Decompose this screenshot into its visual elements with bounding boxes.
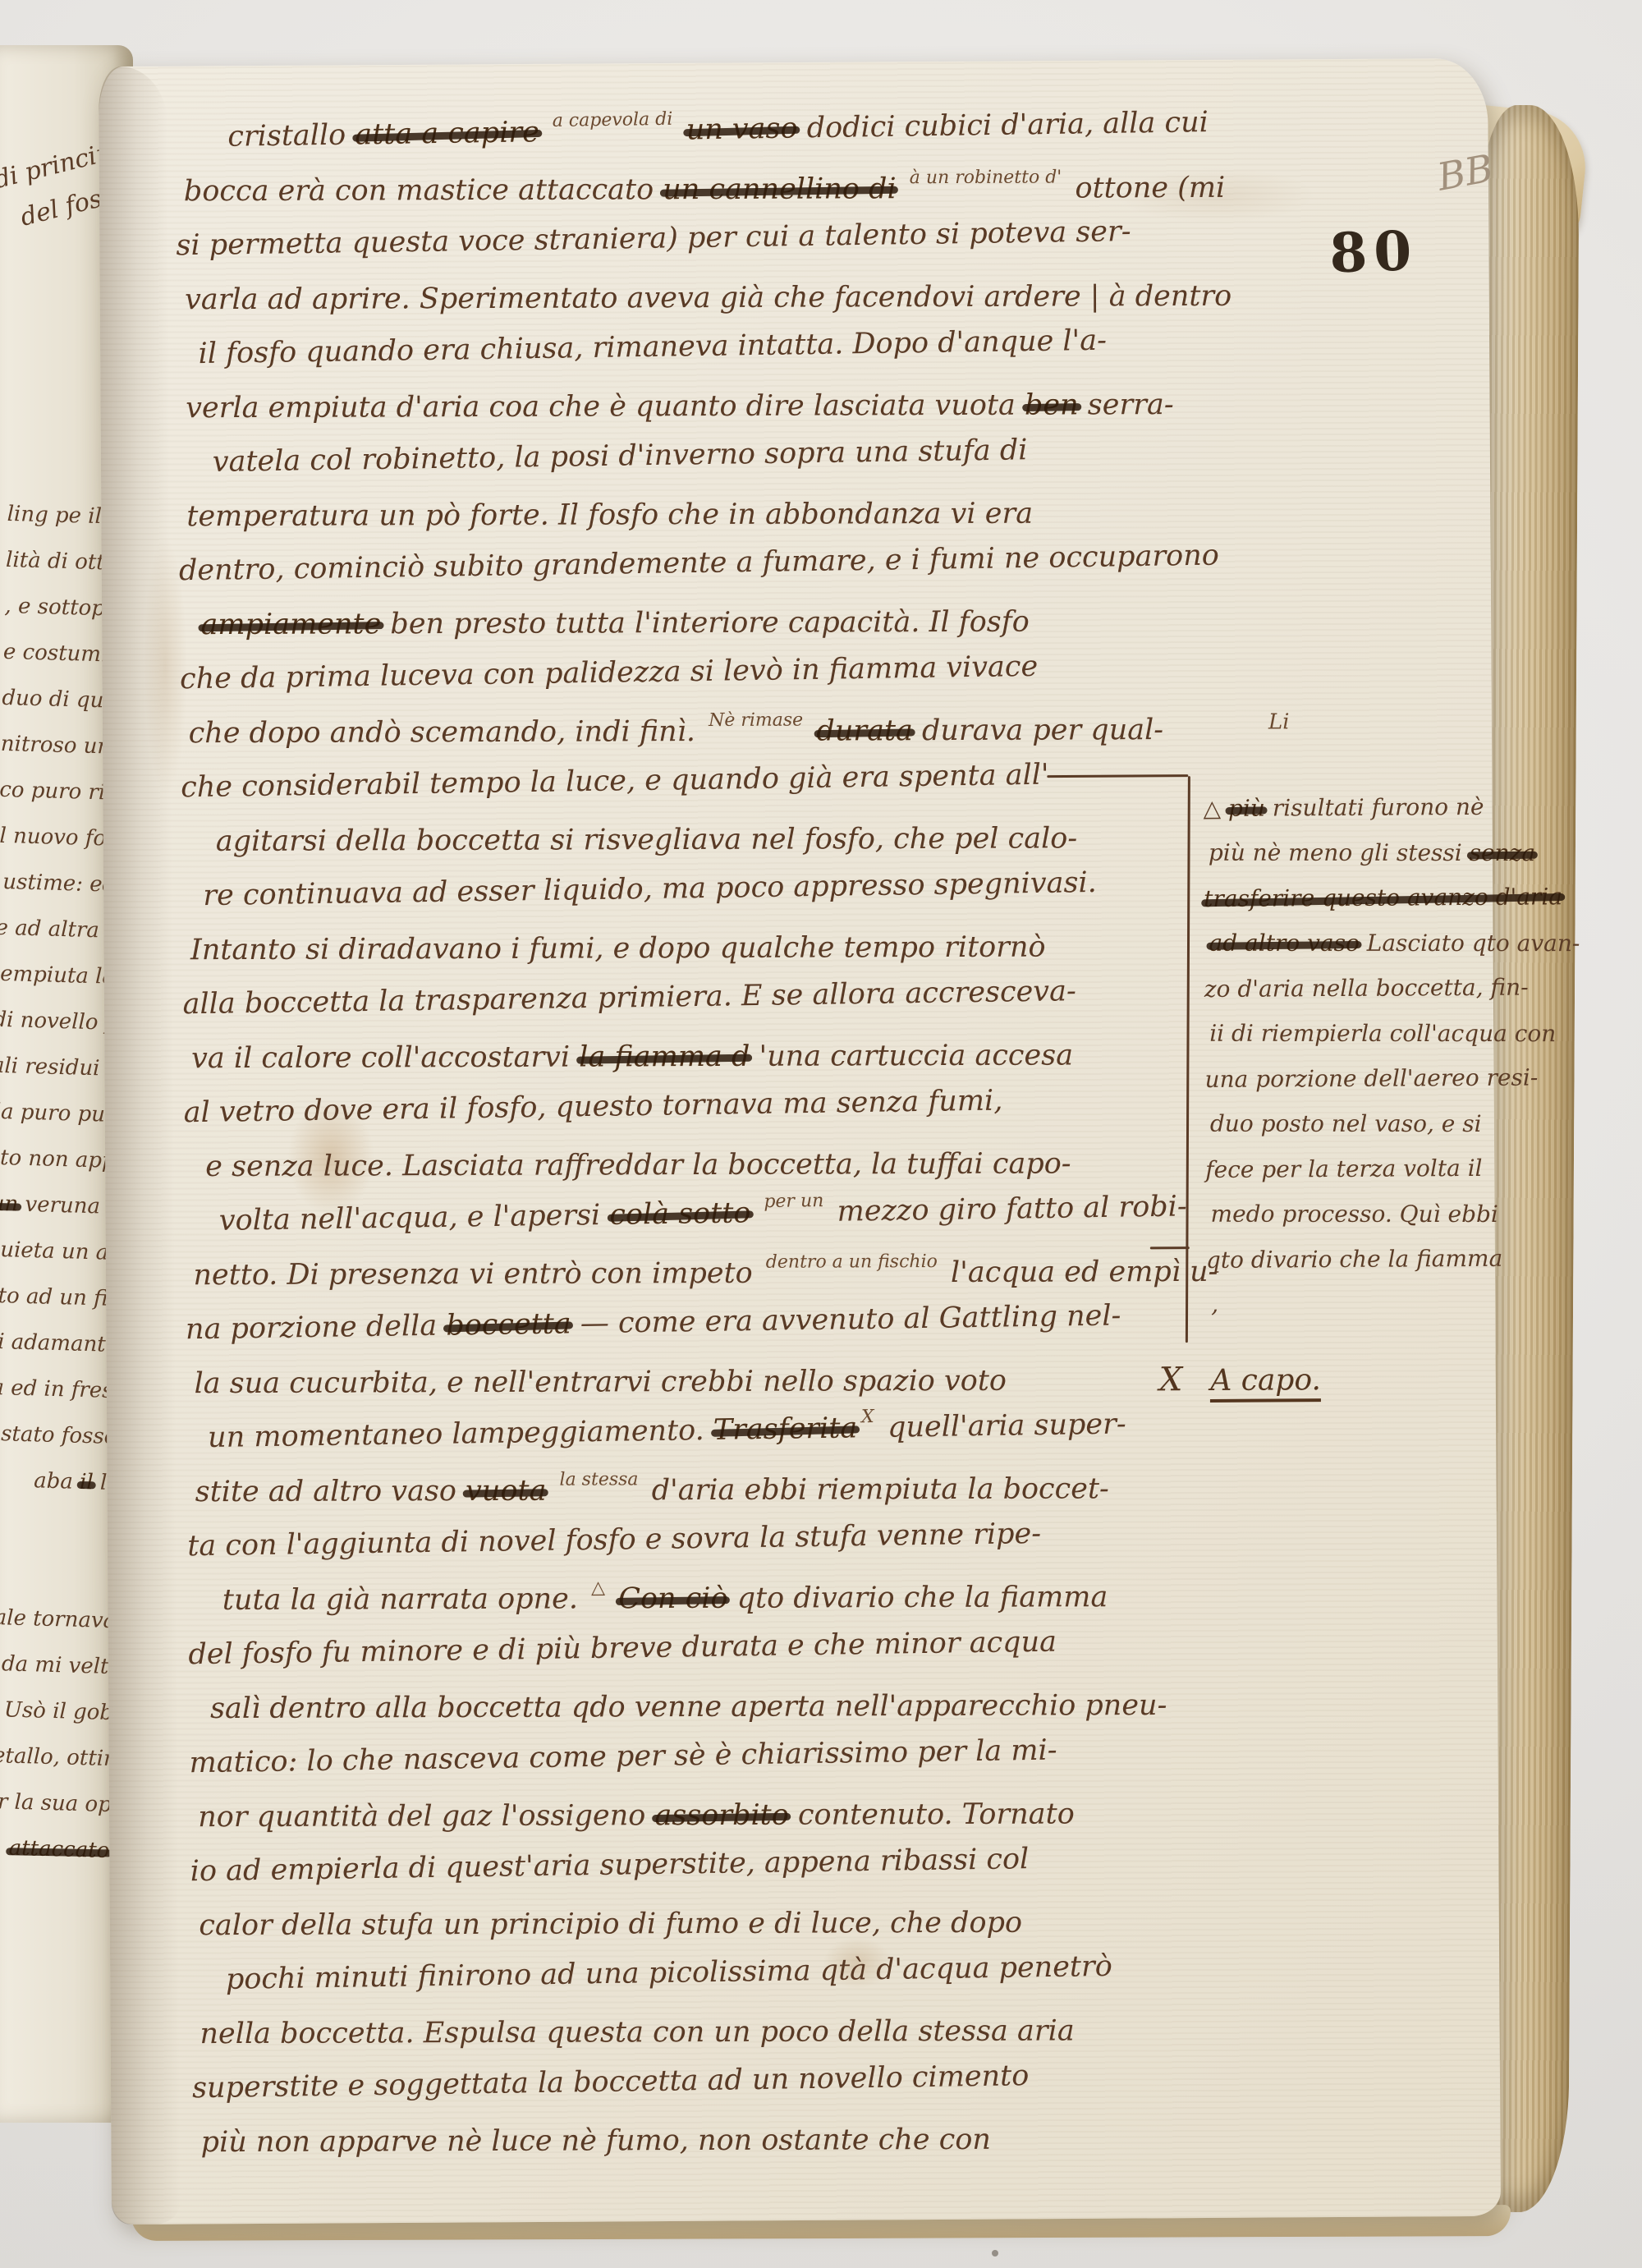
margin-note-dash xyxy=(1150,1246,1190,1249)
margin-note-line: trasferire questo avanzo d'aria xyxy=(1204,875,1493,921)
crossed-out-text: boccetta xyxy=(446,1307,571,1342)
margin-note: △ più risultati furono nèpiù nè meno gli… xyxy=(1203,784,1495,1328)
manuscript-photo: { "photo": { "background_color": "#e9e7e… xyxy=(0,0,1642,2268)
margin-note-line: più nè meno gli stessi senza xyxy=(1209,830,1493,875)
margin-note-line: ad altro vaso Lasciato qto avan- xyxy=(1209,921,1493,966)
margin-note-line: medo processo. Quì ebbi xyxy=(1211,1191,1495,1237)
a-capo-mark: XA capo. xyxy=(1159,1360,1321,1398)
crossed-out-text: ad altro vaso xyxy=(1209,930,1360,957)
crossed-out-text: Con ciò xyxy=(618,1582,728,1615)
facing-page-line: aba il la xyxy=(0,1456,121,1506)
interlinear-insertion: a capevola di xyxy=(553,109,673,131)
facing-page-line xyxy=(0,1502,119,1552)
interlinear-insertion: à un robinetto d' xyxy=(910,168,1062,189)
gutter-shadow xyxy=(99,67,181,2224)
crossed-out-text: assorbito xyxy=(654,1799,788,1833)
margin-note-line: zo d'aria nella boccetta, fin- xyxy=(1204,965,1493,1012)
crossed-out-text: vuota xyxy=(466,1475,546,1508)
crossed-out-text: senza xyxy=(1470,839,1535,866)
crossed-out-text: attaccato xyxy=(8,1836,109,1863)
interlinear-insertion: per un xyxy=(764,1191,823,1212)
crossed-out-text: la fiamma d xyxy=(579,1040,750,1074)
margin-note-line: , xyxy=(1211,1282,1495,1327)
crossed-out-text: atta a capire xyxy=(355,116,539,151)
facing-page-line: a stato fosse nel xyxy=(0,1411,122,1461)
crossed-out-text: trasferire questo avanzo d'aria xyxy=(1204,883,1562,912)
margin-note-superscript: Li xyxy=(1268,709,1290,734)
dust-specks xyxy=(0,0,3,3)
crossed-out-text: un cannellino di xyxy=(663,172,897,206)
crossed-out-text: più xyxy=(1228,795,1265,822)
facing-page-line: metallo, ottim xyxy=(0,1732,112,1782)
crossed-out-text: Trasferita xyxy=(713,1412,858,1447)
crossed-out-text: un xyxy=(0,1191,19,1217)
margin-note-line: duo posto nel vaso, e si xyxy=(1210,1101,1494,1146)
interlinear-insertion: la stessa xyxy=(559,1469,638,1490)
page-number: 80 xyxy=(1328,218,1419,285)
facing-page-line xyxy=(0,1548,117,1598)
margin-note-line: qto divario che la fiamma xyxy=(1206,1236,1495,1283)
facing-page-line: attaccato xyxy=(0,1824,110,1874)
interlinear-insertion: X xyxy=(861,1407,874,1427)
crossed-out-text: un vaso xyxy=(686,112,797,146)
manuscript-page: BB 80 cristallo atta a capire a capevola… xyxy=(99,58,1501,2224)
facing-page-line: per la sua opacità xyxy=(0,1778,112,1828)
crossed-out-text: il xyxy=(80,1470,94,1494)
interlinear-insertion: △ xyxy=(591,1577,605,1598)
margin-note-line: fece per la terza volta il xyxy=(1205,1145,1494,1192)
margin-note-line: △ più risultati furono nè xyxy=(1203,784,1492,831)
crossed-out-text: ben xyxy=(1025,388,1079,421)
a-capo-label: A capo. xyxy=(1210,1363,1321,1403)
facing-page-line: . Usò il gob xyxy=(0,1686,114,1736)
margin-note-line: una porzione dell'aereo resi- xyxy=(1204,1055,1493,1102)
facing-page-line: tà ed in fresca xyxy=(0,1365,123,1415)
crossed-out-text: ampiamente xyxy=(200,608,381,641)
crossed-out-text: colà sotto xyxy=(609,1196,751,1232)
manuscript-line: più non apparve nè luce nè fumo, non ost… xyxy=(201,2112,1260,2170)
manuscript-text-block: cristallo atta a capire a capevola di un… xyxy=(175,101,1260,2169)
facing-page-line: iale tornava xyxy=(0,1594,117,1644)
facing-page-line: onda mi veltr xyxy=(0,1640,115,1690)
interlinear-insertion: dentro a un fischio xyxy=(766,1251,938,1273)
interlinear-insertion: Nè rimase xyxy=(709,710,803,731)
margin-note-line: ii di riempierla coll'acqua con xyxy=(1209,1011,1493,1056)
x-mark: X xyxy=(1159,1361,1183,1398)
crossed-out-text: durata xyxy=(816,714,913,747)
